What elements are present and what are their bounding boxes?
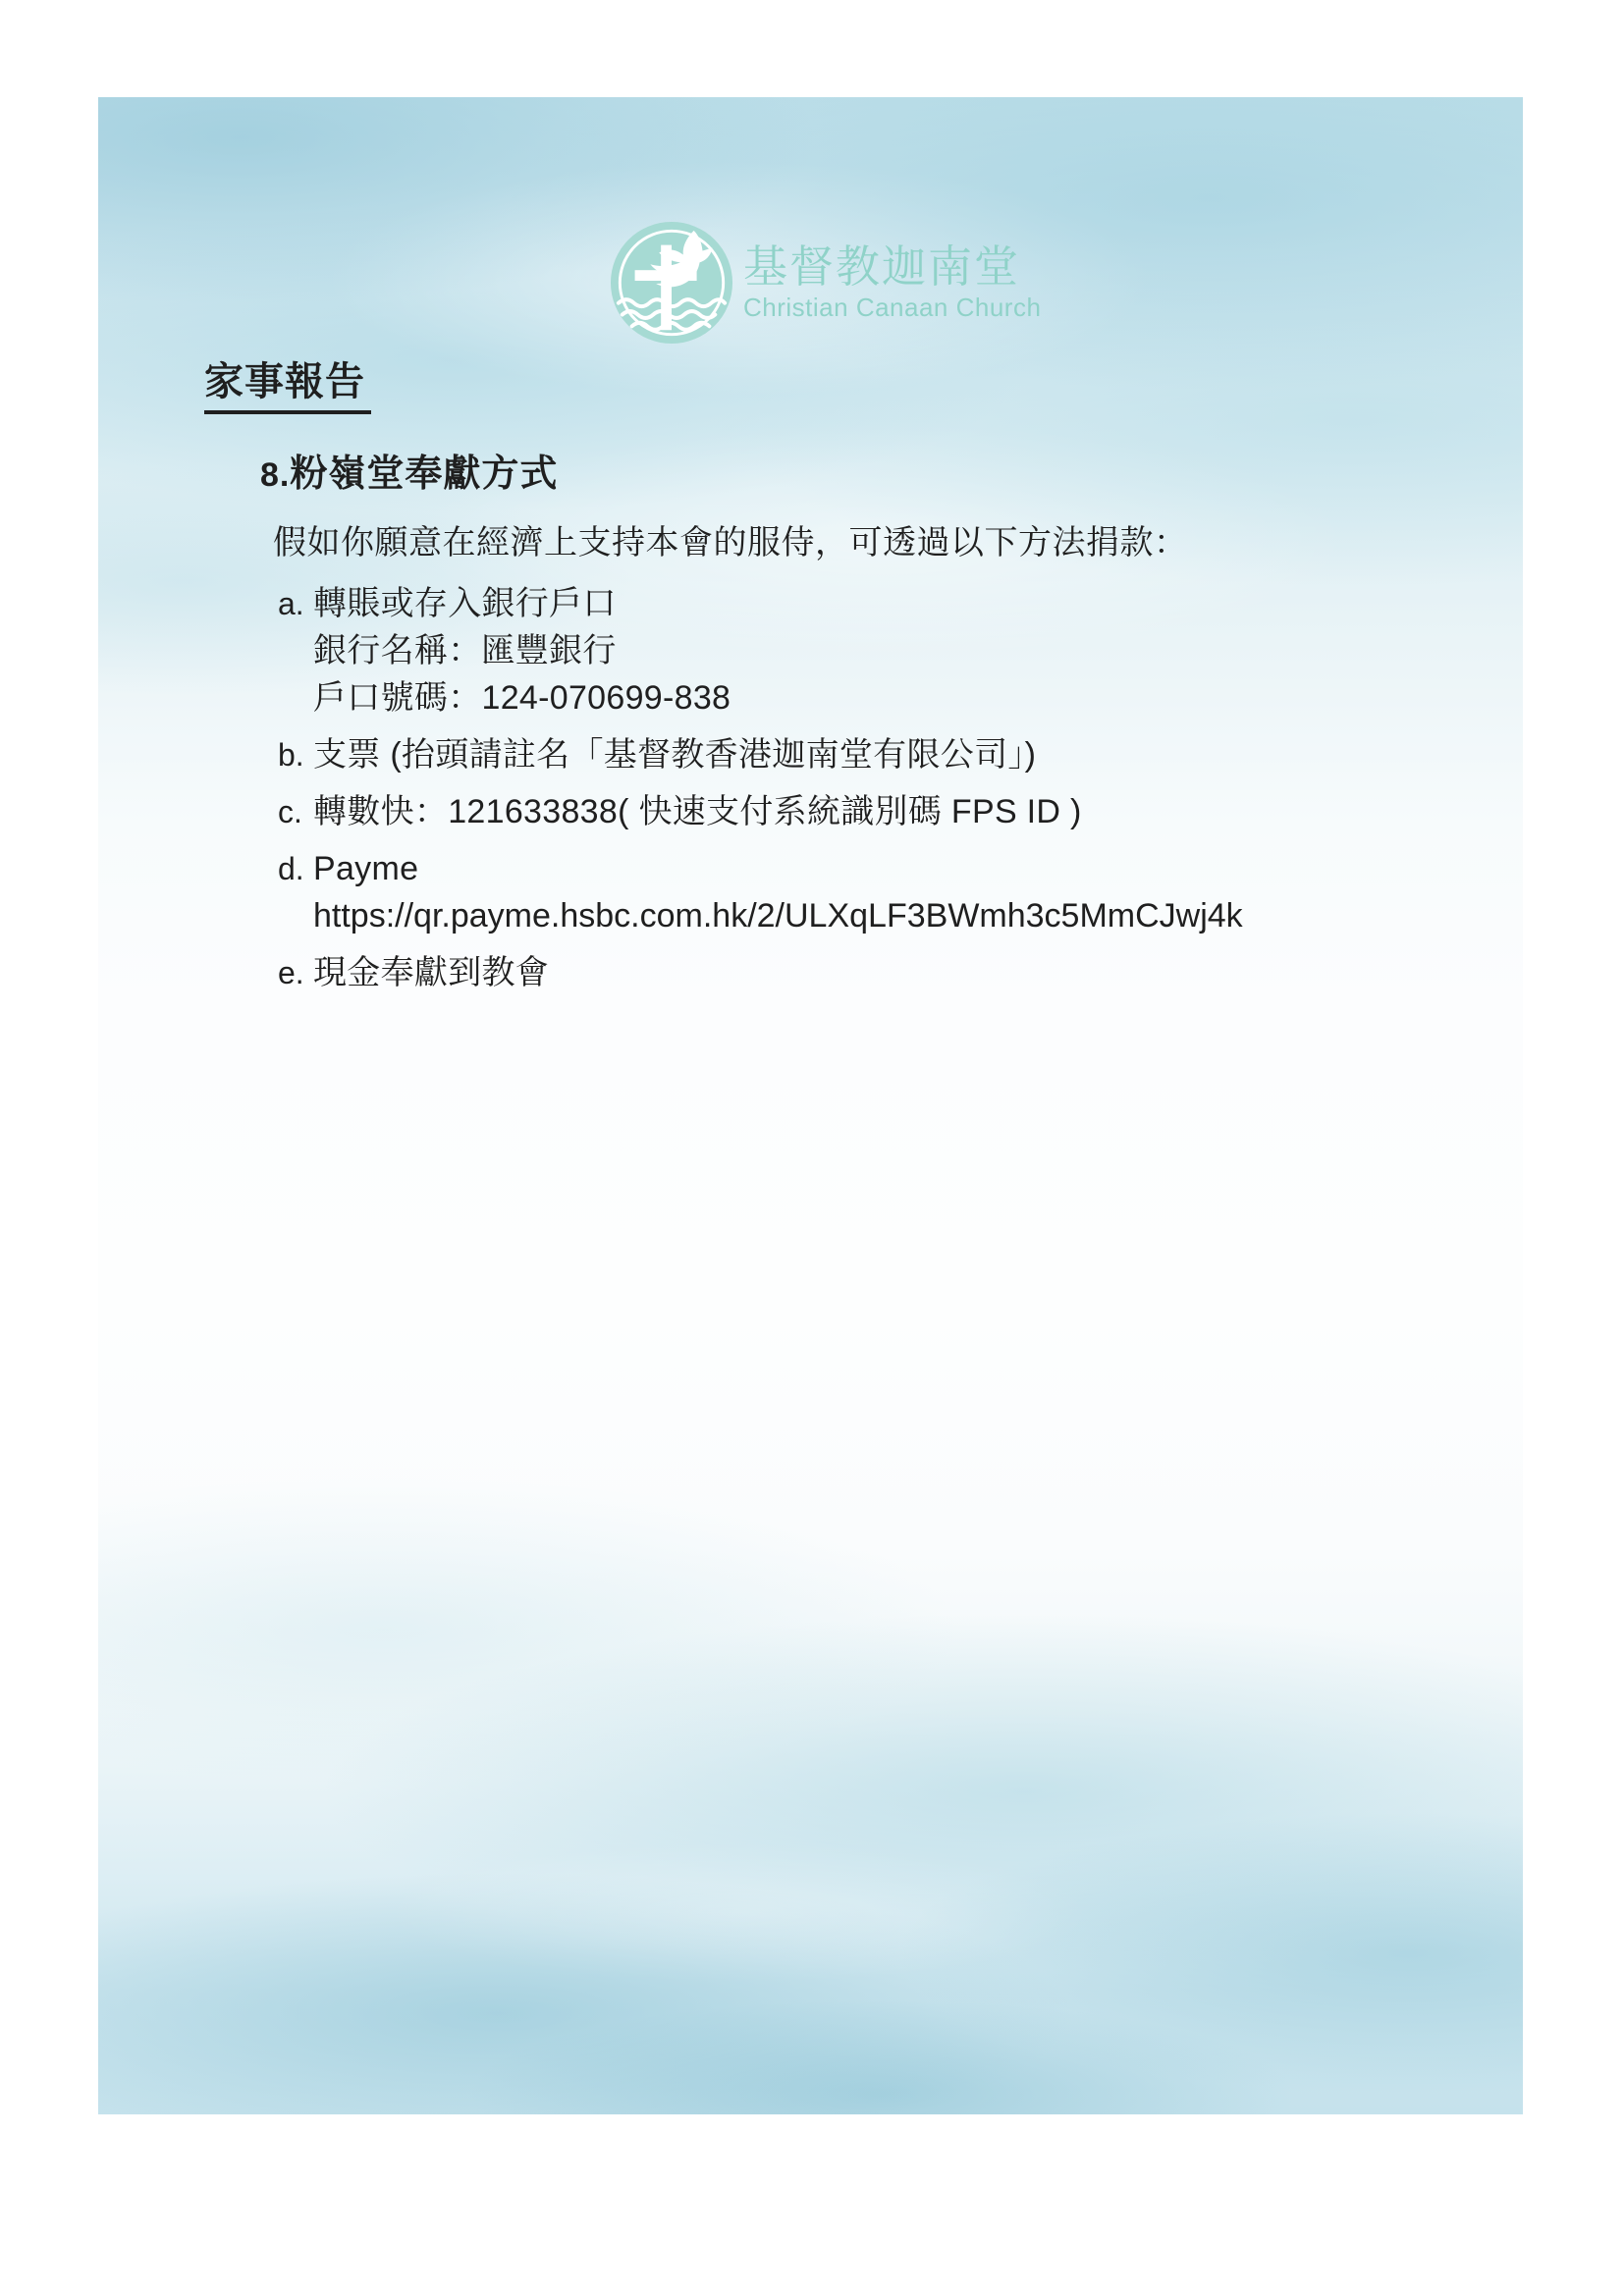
item-content: 轉賬或存入銀行戶口 銀行名稱：匯豐銀行 戶口號碼：124-070699-838 [313, 580, 1478, 721]
fps-id-line: 轉數快：121633838( 快速支付系統識別碼 FPS ID ) [313, 788, 1478, 835]
item-content: Payme https://qr.payme.hsbc.com.hk/2/ULX… [313, 845, 1478, 939]
payme-label: Payme [313, 845, 1478, 892]
item-marker: b. [278, 731, 313, 778]
item-marker: e. [278, 949, 313, 996]
item-marker: c. [278, 788, 313, 835]
intro-text: 假如你願意在經濟上支持本會的服侍，可透過以下方法捐款： [273, 519, 1478, 566]
bank-name-line: 銀行名稱：匯豐銀行 [313, 627, 1478, 674]
item-marker: d. [278, 845, 313, 939]
donation-section: 8.粉嶺堂奉獻方式 假如你願意在經濟上支持本會的服侍，可透過以下方法捐款： a.… [260, 452, 1478, 1006]
list-item-payme: d. Payme https://qr.payme.hsbc.com.hk/2/… [278, 845, 1478, 939]
page-title: 家事報告 [204, 359, 371, 414]
section-heading: 8.粉嶺堂奉獻方式 [260, 452, 1478, 498]
church-logo: 基督教迦南堂 Christian Canaan Church [609, 220, 1041, 346]
item-marker: a. [278, 580, 313, 721]
item-line: 支票 (抬頭請註名「基督教香港迦南堂有限公司」) [313, 731, 1478, 778]
section-heading-text: 粉嶺堂奉獻方式 [290, 454, 558, 495]
payme-url[interactable]: https://qr.payme.hsbc.com.hk/2/ULXqLF3BW… [313, 892, 1478, 939]
item-content: 現金奉獻到教會 [313, 949, 1478, 996]
list-item-fps: c. 轉數快：121633838( 快速支付系統識別碼 FPS ID ) [278, 788, 1478, 835]
cross-dove-waves-icon [609, 220, 734, 346]
logo-text: 基督教迦南堂 Christian Canaan Church [743, 243, 1041, 322]
org-name-zh: 基督教迦南堂 [743, 243, 1041, 291]
account-number-line: 戶口號碼：124-070699-838 [313, 674, 1478, 721]
item-line: 轉賬或存入銀行戶口 [313, 580, 1478, 627]
item-content: 支票 (抬頭請註名「基督教香港迦南堂有限公司」) [313, 731, 1478, 778]
list-item-bank-transfer: a. 轉賬或存入銀行戶口 銀行名稱：匯豐銀行 戶口號碼：124-070699-8… [278, 580, 1478, 721]
item-content: 轉數快：121633838( 快速支付系統識別碼 FPS ID ) [313, 788, 1478, 835]
donation-list: a. 轉賬或存入銀行戶口 銀行名稱：匯豐銀行 戶口號碼：124-070699-8… [278, 580, 1478, 996]
list-item-cheque: b. 支票 (抬頭請註名「基督教香港迦南堂有限公司」) [278, 731, 1478, 778]
section-number: 8. [260, 456, 290, 494]
list-item-cash: e. 現金奉獻到教會 [278, 949, 1478, 996]
item-line: 現金奉獻到教會 [313, 949, 1478, 996]
document-page: { "document": { "logo": { "icon": "cross… [0, 0, 1624, 2296]
org-name-en: Christian Canaan Church [743, 293, 1041, 322]
